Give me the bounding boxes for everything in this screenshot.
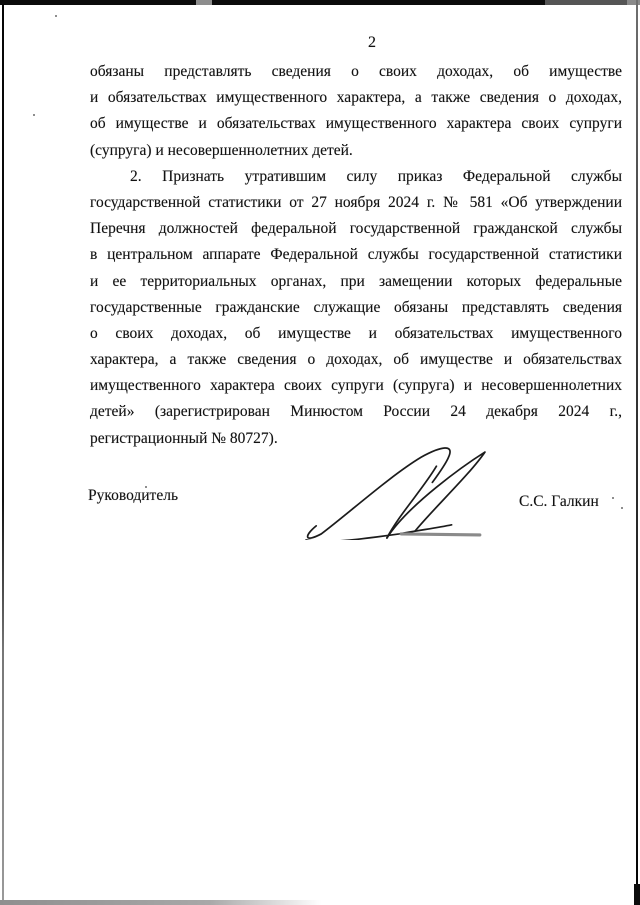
- scan-speck: [612, 497, 614, 499]
- body-line: и обязательствах имущественного характер…: [90, 85, 622, 111]
- body-line: (супруга) и несовершеннолетних детей.: [90, 138, 622, 164]
- scan-edge-bottom-corner: [634, 884, 640, 905]
- document-page: 2 обязаны представлять сведения о своих …: [0, 0, 640, 905]
- scan-edge-bottom: [0, 900, 322, 905]
- scan-edge-top-gap: [545, 0, 640, 5]
- body-line: государственной статистики от 27 ноября …: [90, 190, 622, 216]
- scan-speck: [33, 114, 35, 116]
- document-body: обязаны представлять сведения о своих до…: [90, 59, 622, 452]
- body-line: имущественного характера своих супруги (…: [90, 373, 622, 399]
- body-line: характера, а также сведения о доходах, о…: [90, 347, 622, 373]
- body-line: и ее территориальных органах, при замеще…: [90, 269, 622, 295]
- page-number: 2: [90, 34, 622, 52]
- body-line: государственные гражданские служащие обя…: [90, 295, 622, 321]
- signer-name: С.С. Галкин: [519, 493, 599, 511]
- scan-edge-right: [636, 0, 638, 905]
- signature-handwriting: [302, 444, 490, 540]
- position-label: Руководитель: [88, 487, 178, 505]
- body-line: в центральном аппарате Федеральной служб…: [90, 242, 622, 268]
- body-line: детей» (зарегистрирован Минюстом России …: [90, 399, 622, 425]
- scan-edge-top-gap: [627, 0, 640, 5]
- scan-speck: [621, 507, 623, 509]
- scan-speck: [55, 15, 57, 17]
- body-line: Перечня должностей федеральной государст…: [90, 216, 622, 242]
- body-line: 2. Признать утратившим силу приказ Федер…: [90, 164, 622, 190]
- body-line: об имуществе и обязательствах имуществен…: [90, 111, 622, 137]
- scan-edge-top-gap: [196, 0, 212, 5]
- scan-edge-top: [0, 0, 640, 5]
- body-line: о своих доходах, об имуществе и обязател…: [90, 321, 622, 347]
- scan-edge-left: [2, 4, 4, 905]
- body-line: обязаны представлять сведения о своих до…: [90, 59, 622, 85]
